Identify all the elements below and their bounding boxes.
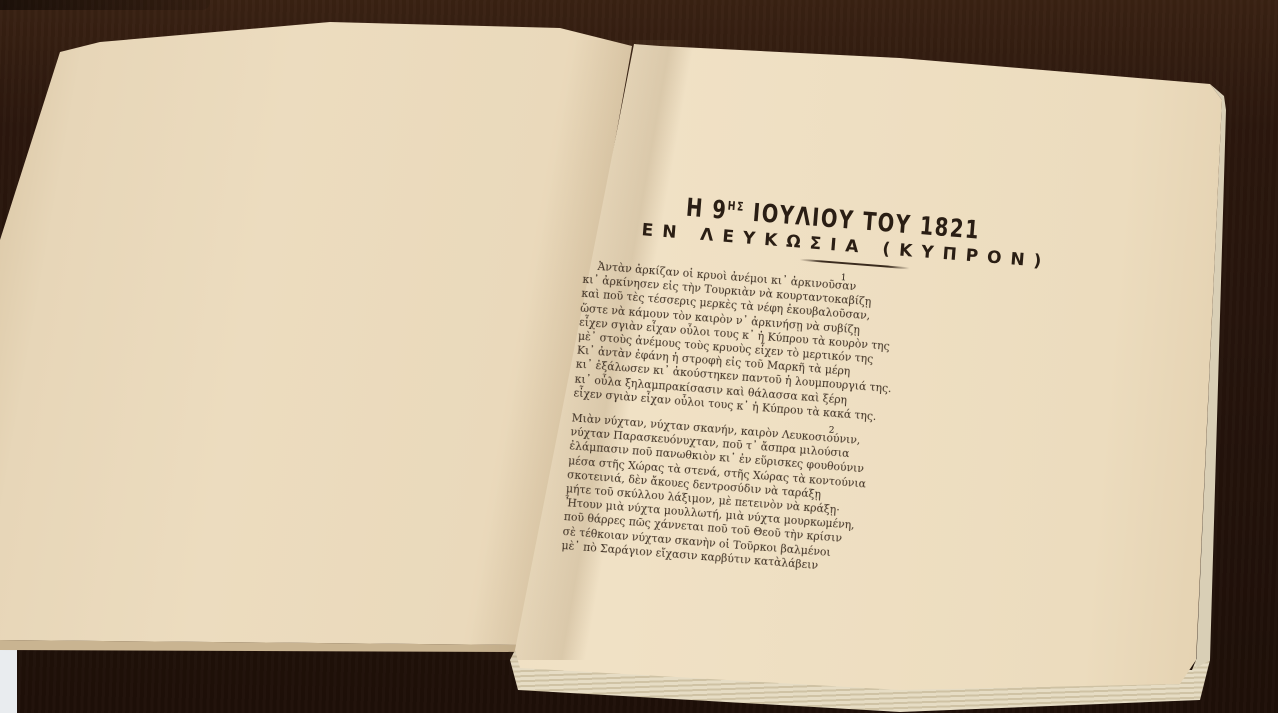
white-object-edge (0, 648, 17, 713)
title-divider (800, 259, 910, 270)
right-page-text: Η 9ΗΣ ΙΟΥΛΙΟΥ ΤΟΥ 1821 ΕΝ ΛΕΥΚΩΣΙΑ (ΚΥΠΡ… (561, 185, 1068, 591)
corner-caption-fragment (0, 0, 210, 10)
